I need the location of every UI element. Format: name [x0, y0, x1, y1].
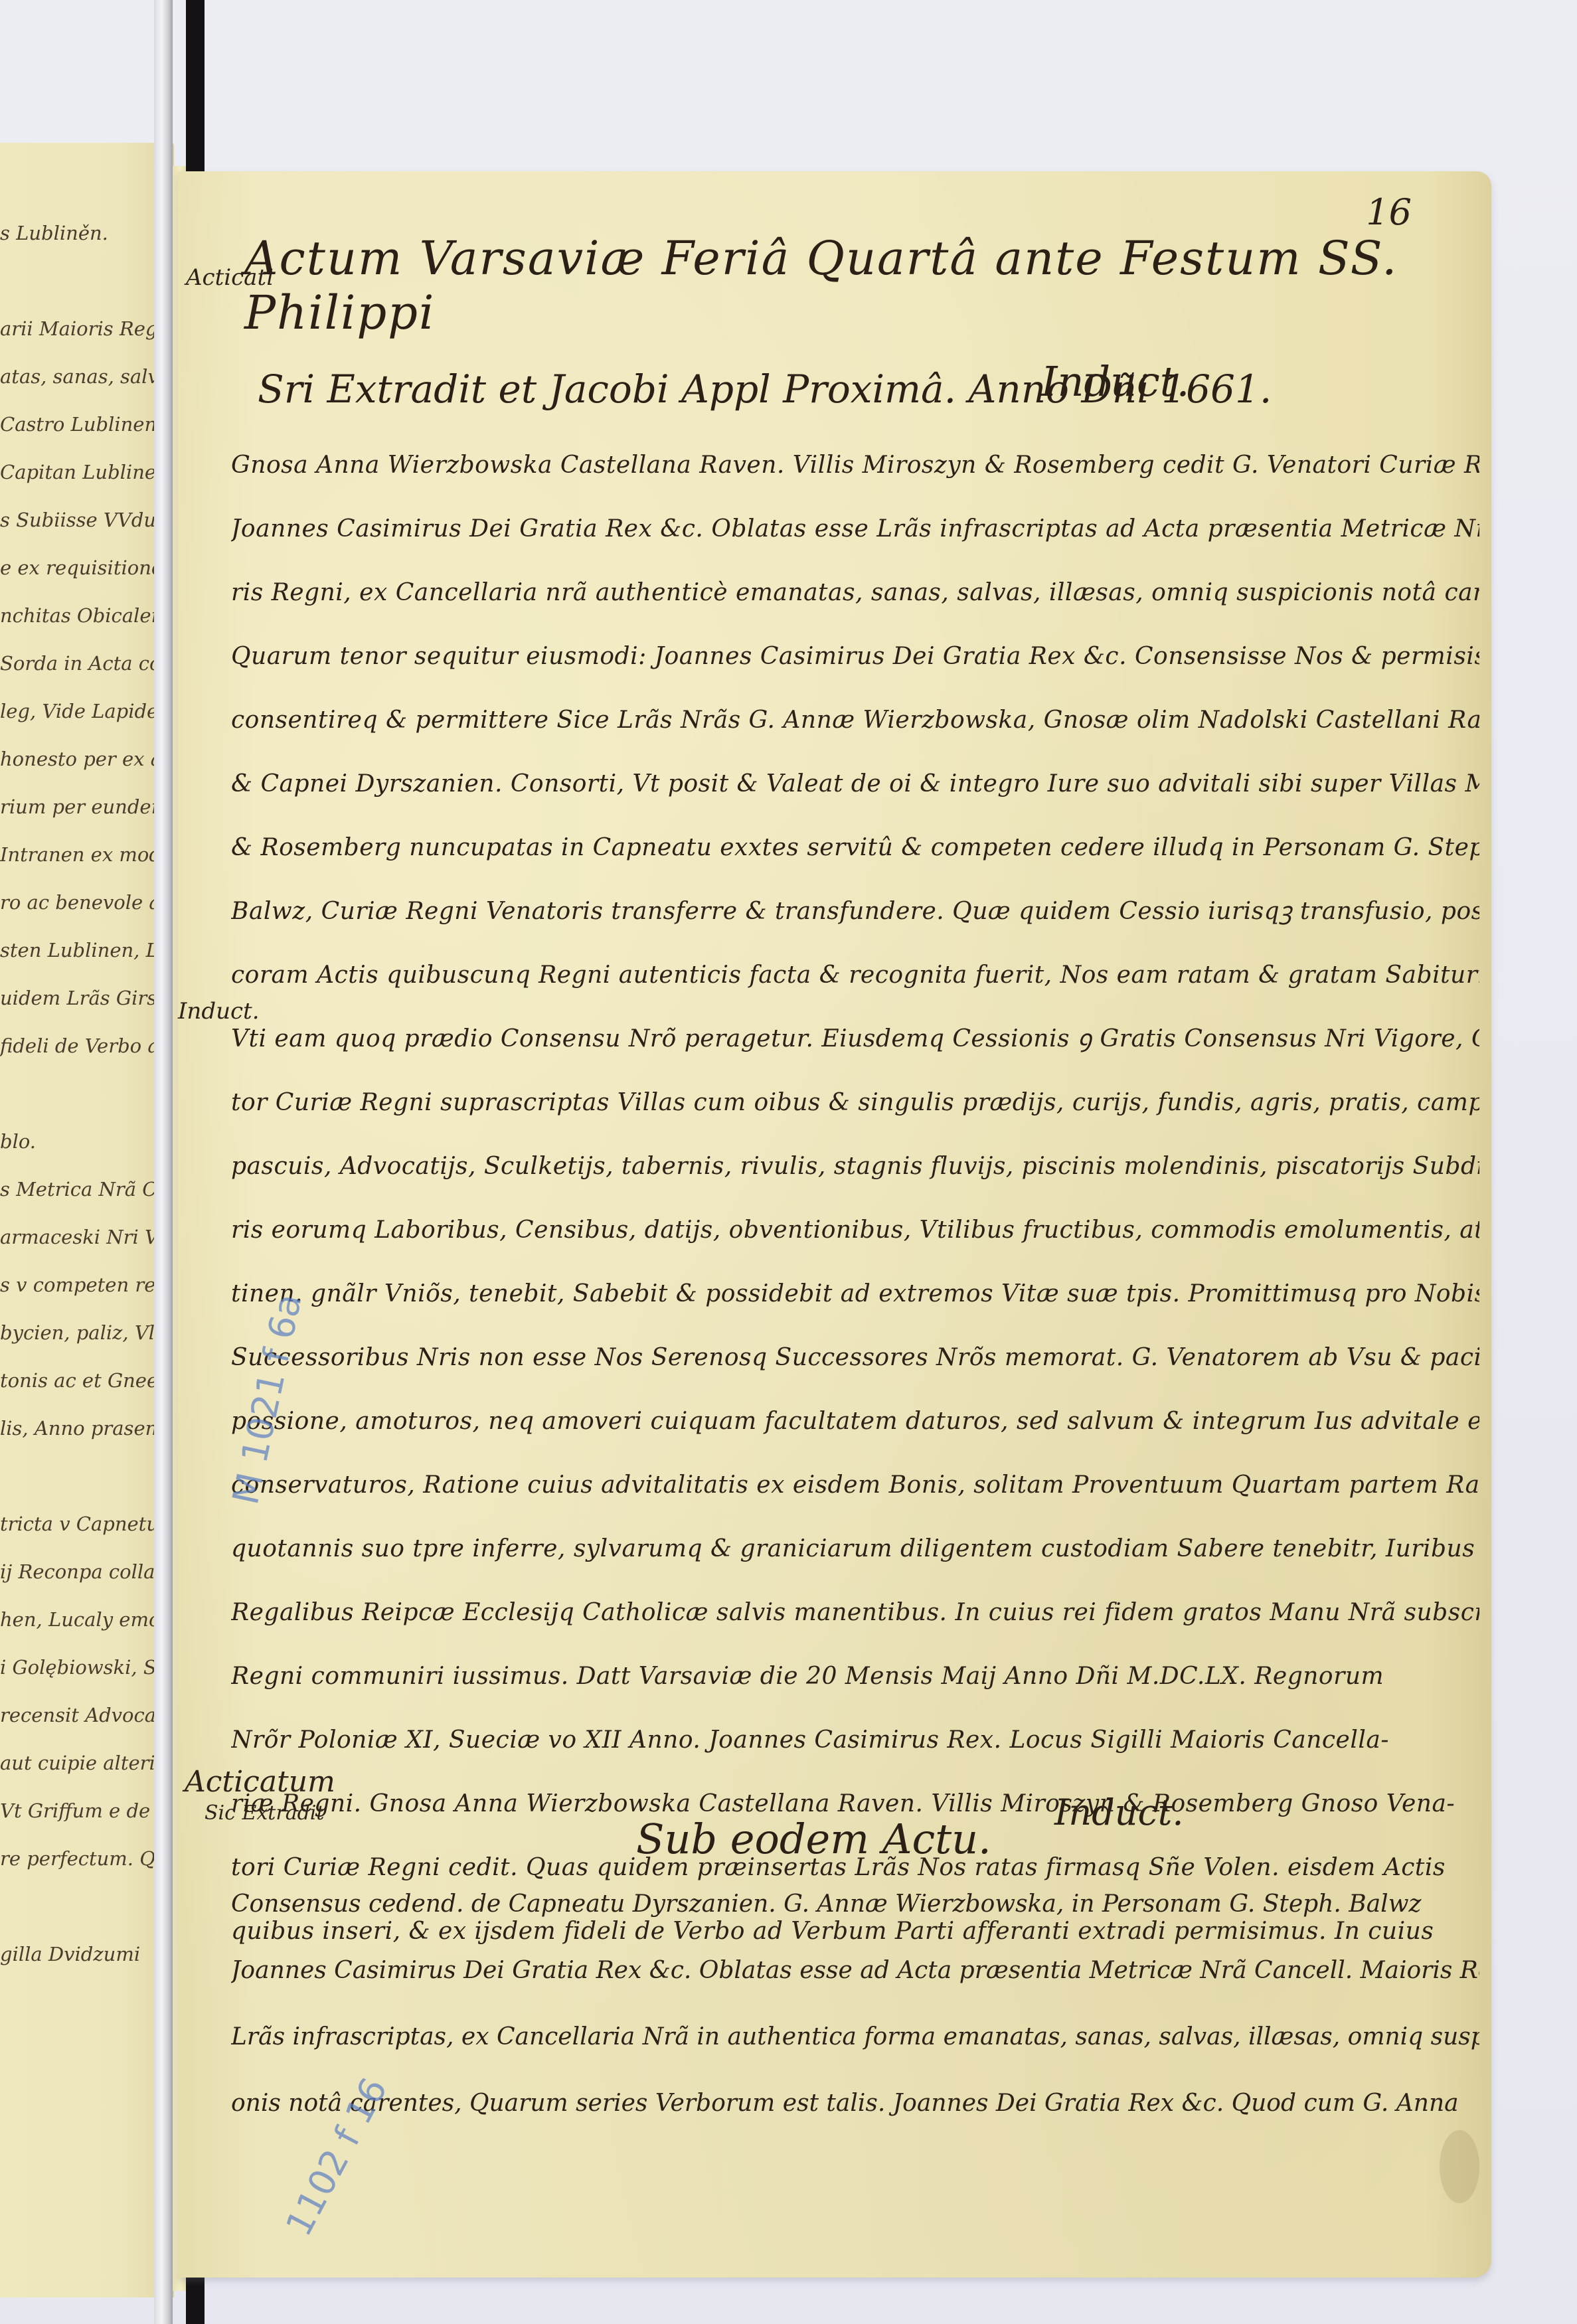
text-line: ris eorumq Laboribus, Censibus, datijs, … [231, 1199, 1479, 1262]
left-page-line: arii Maioris Regni Lrãs [0, 305, 174, 353]
text-line: tor Curiæ Regni suprascriptas Villas cum… [231, 1071, 1479, 1135]
document-heading: Actum Varsaviæ Feriâ Quartâ ante Festum … [244, 231, 1406, 412]
binding-edge [154, 0, 173, 2324]
sub-heading: Sub eodem Actu. [636, 1815, 991, 1863]
left-page-line: fideli de Verbo ad Verbum [0, 1022, 174, 1070]
text-line: consentireq & permittere Sice Lrãs Nrãs … [231, 689, 1479, 752]
folio-number: 16 [1366, 191, 1412, 233]
left-page-line: recensit Advocatae Vna [0, 1691, 174, 1739]
left-page-line: s Subiisse VVdus Stephanum [0, 496, 174, 544]
paper-damage-mark [1440, 2130, 1479, 2203]
left-page-line: lis, Anno prasenti [0, 1404, 174, 1452]
left-page-line: ro ac benevole admisit. Item [0, 878, 174, 926]
text-line: Regni communiri iussimus. Datt Varsaviæ … [231, 1645, 1479, 1708]
left-page-line: re perfectum. Quas m [0, 1835, 174, 1882]
margin-note-acticatum: Acticatum [185, 1765, 335, 1799]
left-page-line: uidem Lrãs Girsertas Nos r [0, 974, 174, 1022]
left-page-fragment: s Lubliněn.arii Maioris Regni Lrãsatas, … [0, 143, 174, 2297]
left-page-line: Castro Lublinen. f. 3. post [0, 400, 174, 448]
text-line: Gnosa Anna Wierzbowska Castellana Raven.… [231, 434, 1479, 497]
text-line: Successoribus Nris non esse Nos Serenosq… [231, 1326, 1479, 1390]
left-page-line: rium per eundem super tom [0, 783, 174, 831]
left-page-line [0, 1070, 174, 1118]
text-line: Vti eam quoq prædio Consensu Nrõ peraget… [231, 1007, 1479, 1071]
left-page-line: Vt Griffum e de toto A [0, 1787, 174, 1835]
left-page-line: s Lubliněn. [0, 209, 174, 257]
text-line: conservaturos, Ratione cuius advitalitat… [231, 1453, 1479, 1517]
manuscript-page: 16 Acticati Actum Varsaviæ Feriâ Quartâ … [178, 171, 1491, 2278]
left-page-line: e ex requisitione offosa chim [0, 544, 174, 592]
text-line: tinen. gnãlr Vniõs, tenebit, Sabebit & p… [231, 1262, 1479, 1326]
text-line: Balwz, Curiæ Regni Venatoris transferre … [231, 880, 1479, 944]
heading-line-1: Actum Varsaviæ Feriâ Quartâ ante Festum … [244, 231, 1406, 340]
left-page-line: blo. [0, 1118, 174, 1165]
heading-line-2: Sri Extradit et Jacobi Appl Proximâ. Ann… [258, 367, 1406, 412]
text-line: & Rosemberg nuncupatas in Capneatu exxte… [231, 816, 1479, 880]
left-page-text: s Lubliněn.arii Maioris Regni Lrãsatas, … [0, 209, 174, 1978]
left-page-line: Intranen ex modo per Mool [0, 831, 174, 878]
left-page-line: Sorda in Acta contenta, Vi [0, 639, 174, 687]
text-line: onis notâ carentes, Quarum series Verbor… [231, 2070, 1479, 2137]
text-line: Quarum tenor sequitur eiusmodi: Joannes … [231, 625, 1479, 689]
text-line: & Capnei Dyrszanien. Consorti, Vt posit … [231, 752, 1479, 816]
left-page-line: nchitas Obicalent per Polon [0, 592, 174, 639]
left-page-line: i Golębiowski, Slerni A [0, 1643, 174, 1691]
margin-note-induct: Induct. [178, 998, 260, 1025]
text-line: pascuis, Advocatijs, Sculketijs, taberni… [231, 1135, 1479, 1199]
text-line: Joannes Casimirus Dei Gratia Rex &c. Obl… [231, 1938, 1479, 2004]
left-page-line: bycien, paliz, Vltri v [0, 1309, 174, 1357]
left-page-line: sten Lublinen, Locus Sigil [0, 926, 174, 974]
left-page-line [0, 1452, 174, 1500]
left-page-line: atas, sanas, salvas, illaesas, om [0, 353, 174, 400]
left-page-line: Capitan Lublinen. ptr Venien [0, 448, 174, 496]
left-page-line: s v competen reccden, [0, 1261, 174, 1309]
left-page-line [0, 257, 174, 305]
main-text-body: Gnosa Anna Wierzbowska Castellana Raven.… [231, 434, 1479, 1963]
heading-induct-note: Induct. [1041, 357, 1189, 406]
text-line: Consensus cedend. de Capneatu Dyrszanien… [231, 1871, 1479, 1938]
sub-induct-note: Induct. [1054, 1791, 1184, 1833]
left-page-line [0, 1882, 174, 1930]
left-page-line: armaceski Nri Vaor bini [0, 1213, 174, 1261]
text-line: possione, amoturos, neq amoveri cuiquam … [231, 1390, 1479, 1453]
left-page-line: gilla Dvidzumi [0, 1930, 174, 1978]
text-line: ris Regni, ex Cancellaria nrã authenticè… [231, 561, 1479, 625]
left-page-line: ij Reconpa collata, e [0, 1548, 174, 1596]
left-page-line: aut cuipie alteri ad [0, 1739, 174, 1787]
left-page-line: tonis ac et Gneem ashot [0, 1357, 174, 1404]
text-line: Lrãs infrascriptas, ex Cancellaria Nrã i… [231, 2004, 1479, 2070]
text-line: quotannis suo tpre inferre, sylvarumq & … [231, 1517, 1479, 1581]
text-line: Nrõr Poloniæ XI, Sueciæ vo XII Anno. Joa… [231, 1708, 1479, 1772]
left-page-line: leg, Vide Lapideam Sic [0, 687, 174, 735]
left-page-line: honesto per ex altera sive [0, 735, 174, 783]
text-line: Regalibus Reipcæ Ecclesijq Catholicæ sal… [231, 1581, 1479, 1645]
left-page-line: s Metrica Nrã Cancellar [0, 1165, 174, 1213]
text-line: Joannes Casimirus Dei Gratia Rex &c. Obl… [231, 497, 1479, 561]
margin-note-sic-extradit: Sic Extradit [205, 1801, 324, 1825]
left-page-line: tricta v Capnetu Vars [0, 1500, 174, 1548]
text-line: coram Actis quibuscunq Regni autenticis … [231, 944, 1479, 1007]
left-page-line: hen, Lucaly emolumen [0, 1596, 174, 1643]
second-text-body: Consensus cedend. de Capneatu Dyrszanien… [231, 1871, 1479, 2137]
